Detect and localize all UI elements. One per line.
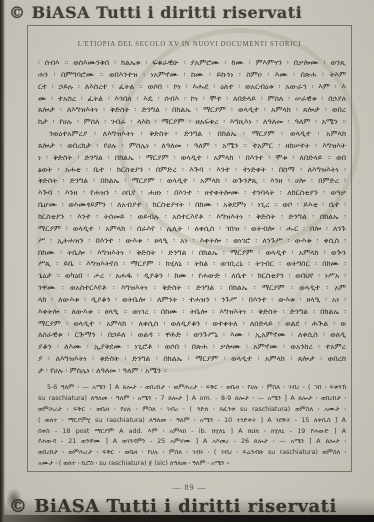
body-line: ነ ፡ ቅድስት ፡ ድንግል ፡ በክልኤ ፡ ማርያም ፡ ወላዲተ ፡ አ…	[38, 152, 346, 164]
body-line: ከታ ፡ የሀሉ ፡ ምስለ ፡ ገብራ ፡ ላእከ ፡ ማርያም ፡ ዘአፍቀ…	[38, 116, 346, 128]
body-line: ማርያም ፡ ወላዲተ ፡ አምላክ ፡ ለቀሲስ ፡ ወለዲያቆን ፡ ወተቀ…	[38, 318, 346, 330]
footnote-line: አሙታ ፡ ( ወለተ ፡ ኪሮስ ፡ su raschiatura) ፩ (s…	[38, 459, 346, 470]
scanned-page: © BiASA Tutti i diritti riservati L'ETIO…	[0, 0, 374, 522]
scan-edge-left	[0, 0, 5, 522]
body-line: ጸሎታ ፡ ወበረከታ ፡ የሀሉ ፡ ምስሌነ ፡ ለዓለመ ፡ ዓለም ፡ …	[38, 140, 346, 152]
geez-text-block: ፡ ሰብእ ። ወስእሙንቅበ ፡ ክልኤቱ ፡ ፍቁራዊሁ ፡ ያአምሮሙ ፡…	[38, 57, 346, 377]
body-line-text: ሥ ፡ ኢትሐዝን ፡ በእንተ ፡ ውእቱ ፡ ፀላዒ ፡ አነ ፡ እቀትሎ…	[38, 236, 346, 245]
footnote-line-text: 5-6 ዓለም ፡ — አሜን ] A ጸሎታ ፡ ወበረከታ ፡ ወምሕረታ …	[47, 384, 346, 391]
footnote-line: ወበረከታ ፡ ወምሕረታ ፡ ፍቅር ፡ ወቤዛ ፡ የሀሉ ፡ ምስለ ፡ …	[38, 448, 346, 459]
body-line-text: ጌዕታ ። ወካዕበ ፡ ሖረ ፡ አሐዱ ፡ ዲያቆን ፡ ከሙ ፡ የሐውድ…	[38, 271, 346, 280]
body-line: እጕባ ፡ እንዘ ፡ የሐዝን ፡ ዐቢየ ፡ ሐዘነ ፡ በእንተ ፡ ዘተ…	[38, 187, 346, 199]
body-line-text: ሥጺ ፡ ይቤ ፡ እግዝእትየሰ ፡ ማርያም ፡ ክሂለኒ ፡ ትክል ፡ …	[38, 259, 346, 268]
body-line: ለሰራዊቱ ፡ ርጕማን ፡ በኃይለ ፡ ወልዳ ፡ ዋሕድ ፡ ወንጉሥኒ …	[38, 329, 346, 341]
body-line-text: ፅወት ፡ አሐቲ ፡ ቤተ ፡ ክርስቲያን ፡ በምድረ ፡ እጕባ ፡ እ…	[38, 165, 346, 174]
body-line-text: ከታ ፡ የሀሉ ፡ ምስለ ፡ ገብራ ፡ ላእከ ፡ ማርያም ፡ ዘአፍቀ…	[38, 117, 346, 126]
body-line: ሥጺ ፡ ይቤ ፡ እግዝእትየሰ ፡ ማርያም ፡ ክሂለኒ ፡ ትክል ፡ …	[38, 258, 346, 270]
footnote-line: ወምሕረታ ፡ ፍቅር ፡ ወቤዛ ፡ የሀሉ ፡ ምስለ ፡ ገብረ ፡ ( …	[38, 405, 346, 416]
body-line-text: ሐን ፡ በምግባሮሙ ። ወበእንተዝ ፡ ነአምኖሙ ፡ ከሙ ፡ ይኩንነ…	[38, 70, 346, 79]
body-line-text: እቀትሎ ፡ ለውእቱ ፡ ፀላዒ ። ወነገረ ፡ በከሙ ፡ ትቤሎ ፡ እ…	[38, 307, 346, 316]
body-line-text: ያቆን ፡ ለእሙ ፡ ኢያቅደሙ ፡ ነጊሮቶ ፡ ወሶበ ፡ በጽሐ ፡ ቃ…	[38, 342, 346, 351]
body-line-text: ማርያም ፡ ወላዲተ ፡ አምላክ ፡ በራእየ ፡ ሌሊት ፡ ለቀሲስ ፡…	[38, 224, 346, 233]
body-line-text: ለሰራዊቱ ፡ ርጕማን ፡ በኃይለ ፡ ወልዳ ፡ ዋሕድ ፡ ወንጉሥኒ …	[38, 330, 346, 339]
footnote-line-text: ወበረከታ ፡ ወምሕረታ ፡ ፍቅር ፡ ወቤዛ ፡ የሀሉ ፡ ምስለ ፡ …	[38, 449, 346, 456]
body-line-text: ንዋሙ ፡ ወአስተርእየቶ ፡ እግዝእትነ ፡ ቅድስት ፡ ድንግል ፡ …	[38, 283, 346, 292]
body-line-text: ቤሆሙ ፡ ወእሙፃይምን ፡ ለአብያተ ፡ ክርስቲያናት ፡ በከሙ ፡ …	[38, 200, 346, 209]
body-line-text: ፡ ሰብእ ። ወስእሙንቅበ ፡ ክልኤቱ ፡ ፍቁራዊሁ ፡ ያአምሮሙ ፡…	[38, 58, 346, 67]
footnote-line-text: የሐውዳ - 21 ወንዋሙ ] A ወገንዳምነ - 25 አምኖሙ ] A …	[38, 438, 346, 445]
page-title: L'ETIOPIA DEL SECOLO XV IN NUOVI DOCUMEN…	[27, 41, 352, 48]
body-line: ያ ፡ ለእግዝእትነ ፡ ቅድስት ፡ ድንግል ፡ በክልኤ ፡ ማርያም …	[38, 353, 346, 365]
footnote-line-text: አሙታ ፡ ( ወለተ ፡ ኪሮስ ፡ su raschiatura) ፩ (s…	[38, 460, 229, 467]
body-line-text: ንወዕተአምረያ ፡ ለእግዝእትነ ፡ ቅድስት ፡ ድንግል ፡ በክልኤ …	[49, 129, 346, 138]
body-line: እቀትሎ ፡ ለውእቱ ፡ ፀላዒ ። ወነገረ ፡ በከሙ ፡ ትቤሎ ፡ እ…	[38, 306, 346, 318]
footnote-line-text: su raschiatura) ለዓለመ ፡ ዓለም ፡ አሜን - 7 ጸሎታ…	[38, 395, 346, 402]
footnote-line: የሐውዳ - 21 ወንዋሙ ] A ወገንዳምነ - 25 አምኖሙ ] A …	[38, 437, 346, 448]
body-line: ርተ ፡ ኃይሉ ፡ ለእስረተ ፡ ፈትል ። ወሶበ ፡ ኮነ ፡ እሑደ …	[38, 81, 346, 93]
body-line-text: በከሙ ፡ ትቤሎ ፡ እግዝእትነ ፡ ቅድስት ፡ ድንግል ፡ በክልኤ …	[38, 248, 346, 257]
footnote-line-text: ወምሕረታ ፡ ፍቅር ፡ ወቤዛ ፡ የሀሉ ፡ ምስለ ፡ ገብረ ፡ ( …	[38, 406, 346, 413]
footnote-line-text: ሰቀስ - 18 post ማርያም A add. እም ፡ አምላክ - ib…	[38, 428, 346, 435]
body-line: 20 ንዋሙ ፡ ወአስተርእየቶ ፡ እግዝእትነ ፡ ቅድስት ፡ ድንግል…	[38, 282, 346, 294]
body-line: ንወዕተአምረያ ፡ ለእግዝእትነ ፡ ቅድስት ፡ ድንግል ፡ በክልኤ …	[38, 128, 346, 140]
body-line: ሙ ፡ ተአስረ ፡ ፈትል ፡ እንበለ ፡ እዴ ፡ ሰብእ ፡ ኮነ ፡ …	[38, 93, 346, 105]
page-number: — 89 —	[27, 483, 352, 492]
body-line-text: ያ ፡ ለእግዝእትነ ፡ ቅድስት ፡ ድንግል ፡ በክልኤ ፡ ማርያም …	[38, 354, 346, 363]
body-line-text: ነ ፡ ቅድስት ፡ ድንግል ፡ በክልኤ ፡ ማርያም ፡ ወላዲተ ፡ አ…	[38, 153, 346, 162]
body-line: ሐን ፡ በምግባሮሙ ። ወበእንተዝ ፡ ነአምኖሙ ፡ ከሙ ፡ ይኩንነ…	[38, 69, 346, 81]
body-line: ቅድስት ፡ ድንግል ፡ በክልኤ ፡ ማርያም ፡ ወላዲተ ፡ አምላክ …	[38, 175, 346, 187]
body-line: ክርስቲያን ፡ እንተ ፡ ትሰመይ ፡ ወይብሉ ፡ አስተርእየቶ ፡ እ…	[38, 211, 346, 223]
body-line: 25 ያቆን ፡ ለእሙ ፡ ኢያቅደሙ ፡ ነጊሮቶ ፡ ወሶበ ፡ በጽሐ …	[38, 341, 346, 353]
body-line-text: ጸሎታ ፡ ወበረከታ ፡ የሀሉ ፡ ምስሌነ ፡ ለዓለመ ፡ ዓለም ፡ …	[38, 141, 346, 150]
watermark-bottom: © BiASA Tutti i diritti riservati	[9, 496, 337, 517]
body-line: ሥ ፡ ኢትሐዝን ፡ በእንተ ፡ ውእቱ ፡ ፀላዒ ፡ አነ ፡ እቀትሎ…	[38, 235, 346, 247]
body-line-text: ማርያም ፡ ወላዲተ ፡ አምላክ ፡ ለቀሲስ ፡ ወለዲያቆን ፡ ወተቀ…	[38, 319, 346, 328]
body-line-text: ርተ ፡ ኃይሉ ፡ ለእስረተ ፡ ፈትል ። ወሶበ ፡ ኮነ ፡ እሑደ …	[38, 82, 346, 91]
body-line: ቤሆሙ ፡ ወእሙፃይምን ፡ ለአብያተ ፡ ክርስቲያናት ፡ በከሙ ፡ …	[38, 199, 346, 211]
body-line: 10 ፅወት ፡ አሐቲ ፡ ቤተ ፡ ክርስቲያን ፡ በምድረ ፡ እጕባ …	[38, 164, 346, 176]
body-line-text: ክርስቲያን ፡ እንተ ፡ ትሰመይ ፡ ወይብሉ ፡ አስተርእየቶ ፡ እ…	[38, 212, 346, 221]
watermark-top: © BiASA Tutti i diritti riservati	[9, 3, 302, 22]
body-line: ፡ ሰብእ ። ወስእሙንቅበ ፡ ክልኤቱ ፡ ፍቁራዊሁ ፡ ያአምሮሙ ፡…	[38, 57, 346, 69]
footnote-line: su raschiatura) ለዓለመ ፡ ዓለም ፡ አሜን - 7 ጸሎታ…	[38, 394, 346, 405]
body-line: 5 ጸሎታ ፡ ለእግዝእትነ ፡ ቅድስት ፡ ድንግል ፡ በክልኤ ፡ ማ…	[38, 104, 346, 116]
body-line-text: ሙ ፡ ተአስረ ፡ ፈትል ፡ እንበለ ፡ እዴ ፡ ሰብእ ፡ ኮነ ፡ …	[38, 94, 346, 103]
footnote-apparatus-block: 5-6 ዓለም ፡ — አሜን ] A ጸሎታ ፡ ወበረከታ ፡ ወምሕረታ …	[38, 383, 346, 470]
body-line-text: ጸሎታ ፡ ለእግዝእትነ ፡ ቅድስት ፡ ድንግል ፡ በክልኤ ፡ ማርያ…	[38, 105, 346, 114]
scan-edge-bottom	[0, 515, 374, 522]
footnote-line: ሰቀስ - 18 post ማርያም A add. እም ፡ አምላክ - ib…	[38, 427, 346, 438]
body-line: ታ ፡ የሀሉ ፡ ምስሌነ ፡ ለዓለመ ፡ ዓለም ፡ አሜን ።	[38, 365, 346, 377]
body-line-text: ላክ ፡ ለውእቱ ፡ ዲያቆን ፡ ወትቤሎ ፡ ለምንት ፡ ተሐዝን ፡ …	[38, 295, 346, 304]
footnote-line-text: ( ወለተ ፡ ማርያምሂ su raschiatura) ለዓለመ ፡ ዓለም…	[38, 417, 346, 424]
body-line-text: ቅድስት ፡ ድንግል ፡ በክልኤ ፡ ማርያም ፡ ወላዲተ ፡ አምላክ …	[38, 176, 346, 185]
body-line: 15 ማርያም ፡ ወላዲተ ፡ አምላክ ፡ በራእየ ፡ ሌሊት ፡ ለቀሲ…	[38, 223, 346, 235]
body-line: በከሙ ፡ ትቤሎ ፡ እግዝእትነ ፡ ቅድስት ፡ ድንግል ፡ በክልኤ …	[38, 247, 346, 259]
footnote-line: ( ወለተ ፡ ማርያምሂ su raschiatura) ለዓለመ ፡ ዓለም…	[38, 416, 346, 427]
body-line: ላክ ፡ ለውእቱ ፡ ዲያቆን ፡ ወትቤሎ ፡ ለምንት ፡ ተሐዝን ፡ …	[38, 294, 346, 306]
footnote-line: 5-6 ዓለም ፡ — አሜን ] A ጸሎታ ፡ ወበረከታ ፡ ወምሕረታ …	[38, 383, 346, 394]
body-line-text: እጕባ ፡ እንዘ ፡ የሐዝን ፡ ዐቢየ ፡ ሐዘነ ፡ በእንተ ፡ ዘተ…	[38, 188, 346, 197]
body-line-text: ታ ፡ የሀሉ ፡ ምስሌነ ፡ ለዓለመ ፡ ዓለም ፡ አሜን ።	[38, 366, 167, 375]
body-line: ጌዕታ ። ወካዕበ ፡ ሖረ ፡ አሐዱ ፡ ዲያቆን ፡ ከሙ ፡ የሐውድ…	[38, 270, 346, 282]
